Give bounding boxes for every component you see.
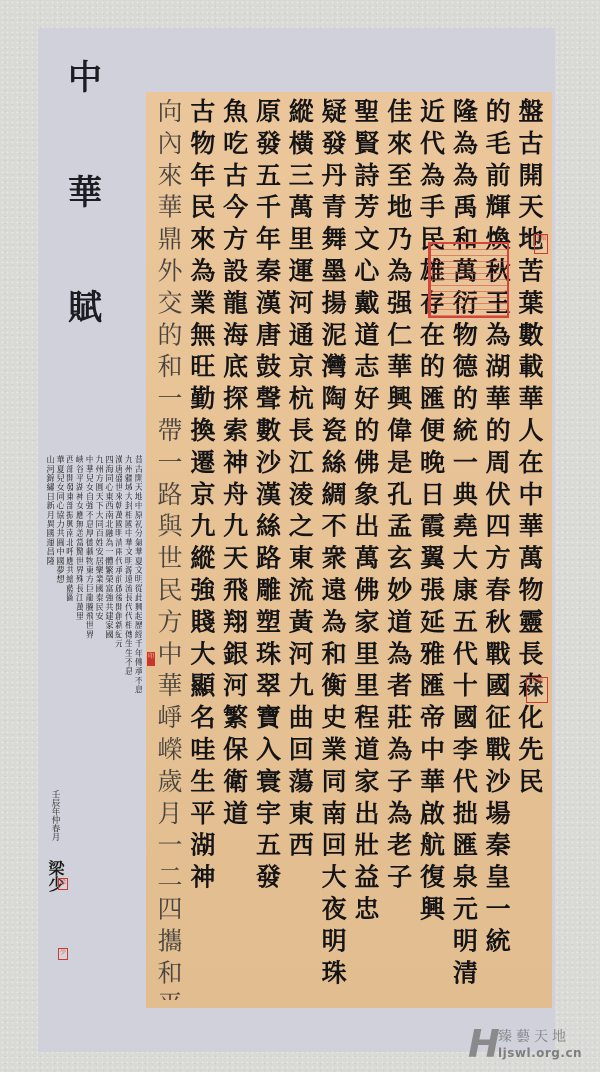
middle-right-seal: 五鶴 — [526, 677, 548, 703]
text-column-12: 向內來華鼎外交的和一帶一路與世民方中華崢嶸歲月一二四攜和平 — [154, 98, 183, 1000]
watermark-url: ljswl.org.cn — [498, 1046, 582, 1060]
text-column-7: 疑發丹青舞墨揚泥灣陶瓷絲綢不衆遠為和衡史業同南回大夜明珠 — [318, 98, 347, 1000]
signature-seal-2: 少 — [58, 948, 68, 960]
text-column-4: 近代為手民雄存在的匯便晚日霞翼張延雅匯帝中華啟航復興 — [417, 98, 446, 1000]
left-edge-seal: 印 — [147, 652, 155, 666]
text-column-5: 佳來至地乃為强仁華興偉是孔孟玄妙道為者莊為子為老子 — [384, 98, 413, 1000]
text-column-11: 古物年民來為業無旺勤換遷京九縱強賤大顯名哇生平湖神 — [187, 98, 216, 1000]
site-watermark: H 臻藝天地 ljswl.org.cn — [468, 1024, 598, 1068]
upper-right-seal: 壬辰 — [534, 234, 548, 254]
text-column-8: 縱橫三萬里運河通京杭長江淩之東流黃河九曲回蕩東西 — [285, 98, 314, 1000]
title-char-3: 賦 — [62, 285, 108, 331]
watermark-name: 臻藝天地 — [498, 1026, 570, 1046]
title-char-2: 華 — [62, 170, 108, 216]
annotation-column-10: 山河錦繡日新月異國運昌隆 — [44, 455, 54, 705]
text-column-3: 隆為為禹和萬衍物德的統一典堯大康五代十國李代拙匯泉元明清 — [449, 98, 478, 1000]
title-char-1: 中 — [62, 55, 108, 101]
text-column-10: 魚吃古今方設龍海底探索神舟九天飛翔銀河繁保衛道 — [220, 98, 249, 1000]
annotation-column-2: 九州疆域大封相國中華文明源遠流長代代相傳生生不息 — [122, 455, 132, 1050]
annotation-column-5: 九州方圓天下大同百姓安居樂業國泰民安 — [93, 455, 103, 1050]
text-column-9: 原發五千年秦漢唐鼓聲數沙漢絲路雕塑珠翠寶入寰宇五發 — [252, 98, 281, 1000]
date-inscription: 壬辰年仲春月 — [50, 790, 60, 841]
annotation-column-3: 漢唐盛世來朝萬國明清兩代承前啟後開創新紀元 — [113, 455, 123, 1050]
main-text-columns: 盤古開天地苦葉數載華人在中華萬物靈長森化先民 的毛前輝煥秋王為湖華的周伏四方春秋… — [154, 98, 544, 1000]
watermark-logo-icon: H — [468, 1024, 500, 1064]
text-column-6: 聖賢詩芳文心戴道志好的佛象出萬佛家里里程道家出壯益忠 — [351, 98, 380, 1000]
annotation-column-6: 中華兒女自強不息厚德載物東方巨龍騰飛世界 — [83, 455, 93, 1050]
signature-seal-1: 梁 — [58, 878, 68, 890]
large-seal-stamp — [428, 242, 509, 318]
annotation-column-4: 四海同心東西南北融為一體繁榮富強共建家國 — [103, 455, 113, 1050]
annotation-column-9: 華夏兒女同心協力共圓中國夢想 — [54, 455, 64, 705]
annotation-column-7: 峽谷平湖神女應無恙當驚世界殊長江萬里 — [73, 455, 83, 705]
annotation-block: 昔古開天地中原初分氣華夏文明從此興起歷經千年傳承不息 九州疆域大封相國中華文明源… — [44, 455, 142, 1050]
annotation-column-1: 昔古開天地中原初分氣華夏文明從此興起歷經千年傳承不息 — [132, 455, 142, 1050]
annotation-column-8: 西部開發東部振興南北呼應共繪藍圖 — [64, 455, 74, 705]
text-column-2: 的毛前輝煥秋王為湖華的周伏四方春秋戰國征戰沙場秦皇一統 — [482, 98, 511, 1000]
calligraphy-paper: 盤古開天地苦葉數載華人在中華萬物靈長森化先民 的毛前輝煥秋王為湖華的周伏四方春秋… — [146, 92, 552, 1008]
